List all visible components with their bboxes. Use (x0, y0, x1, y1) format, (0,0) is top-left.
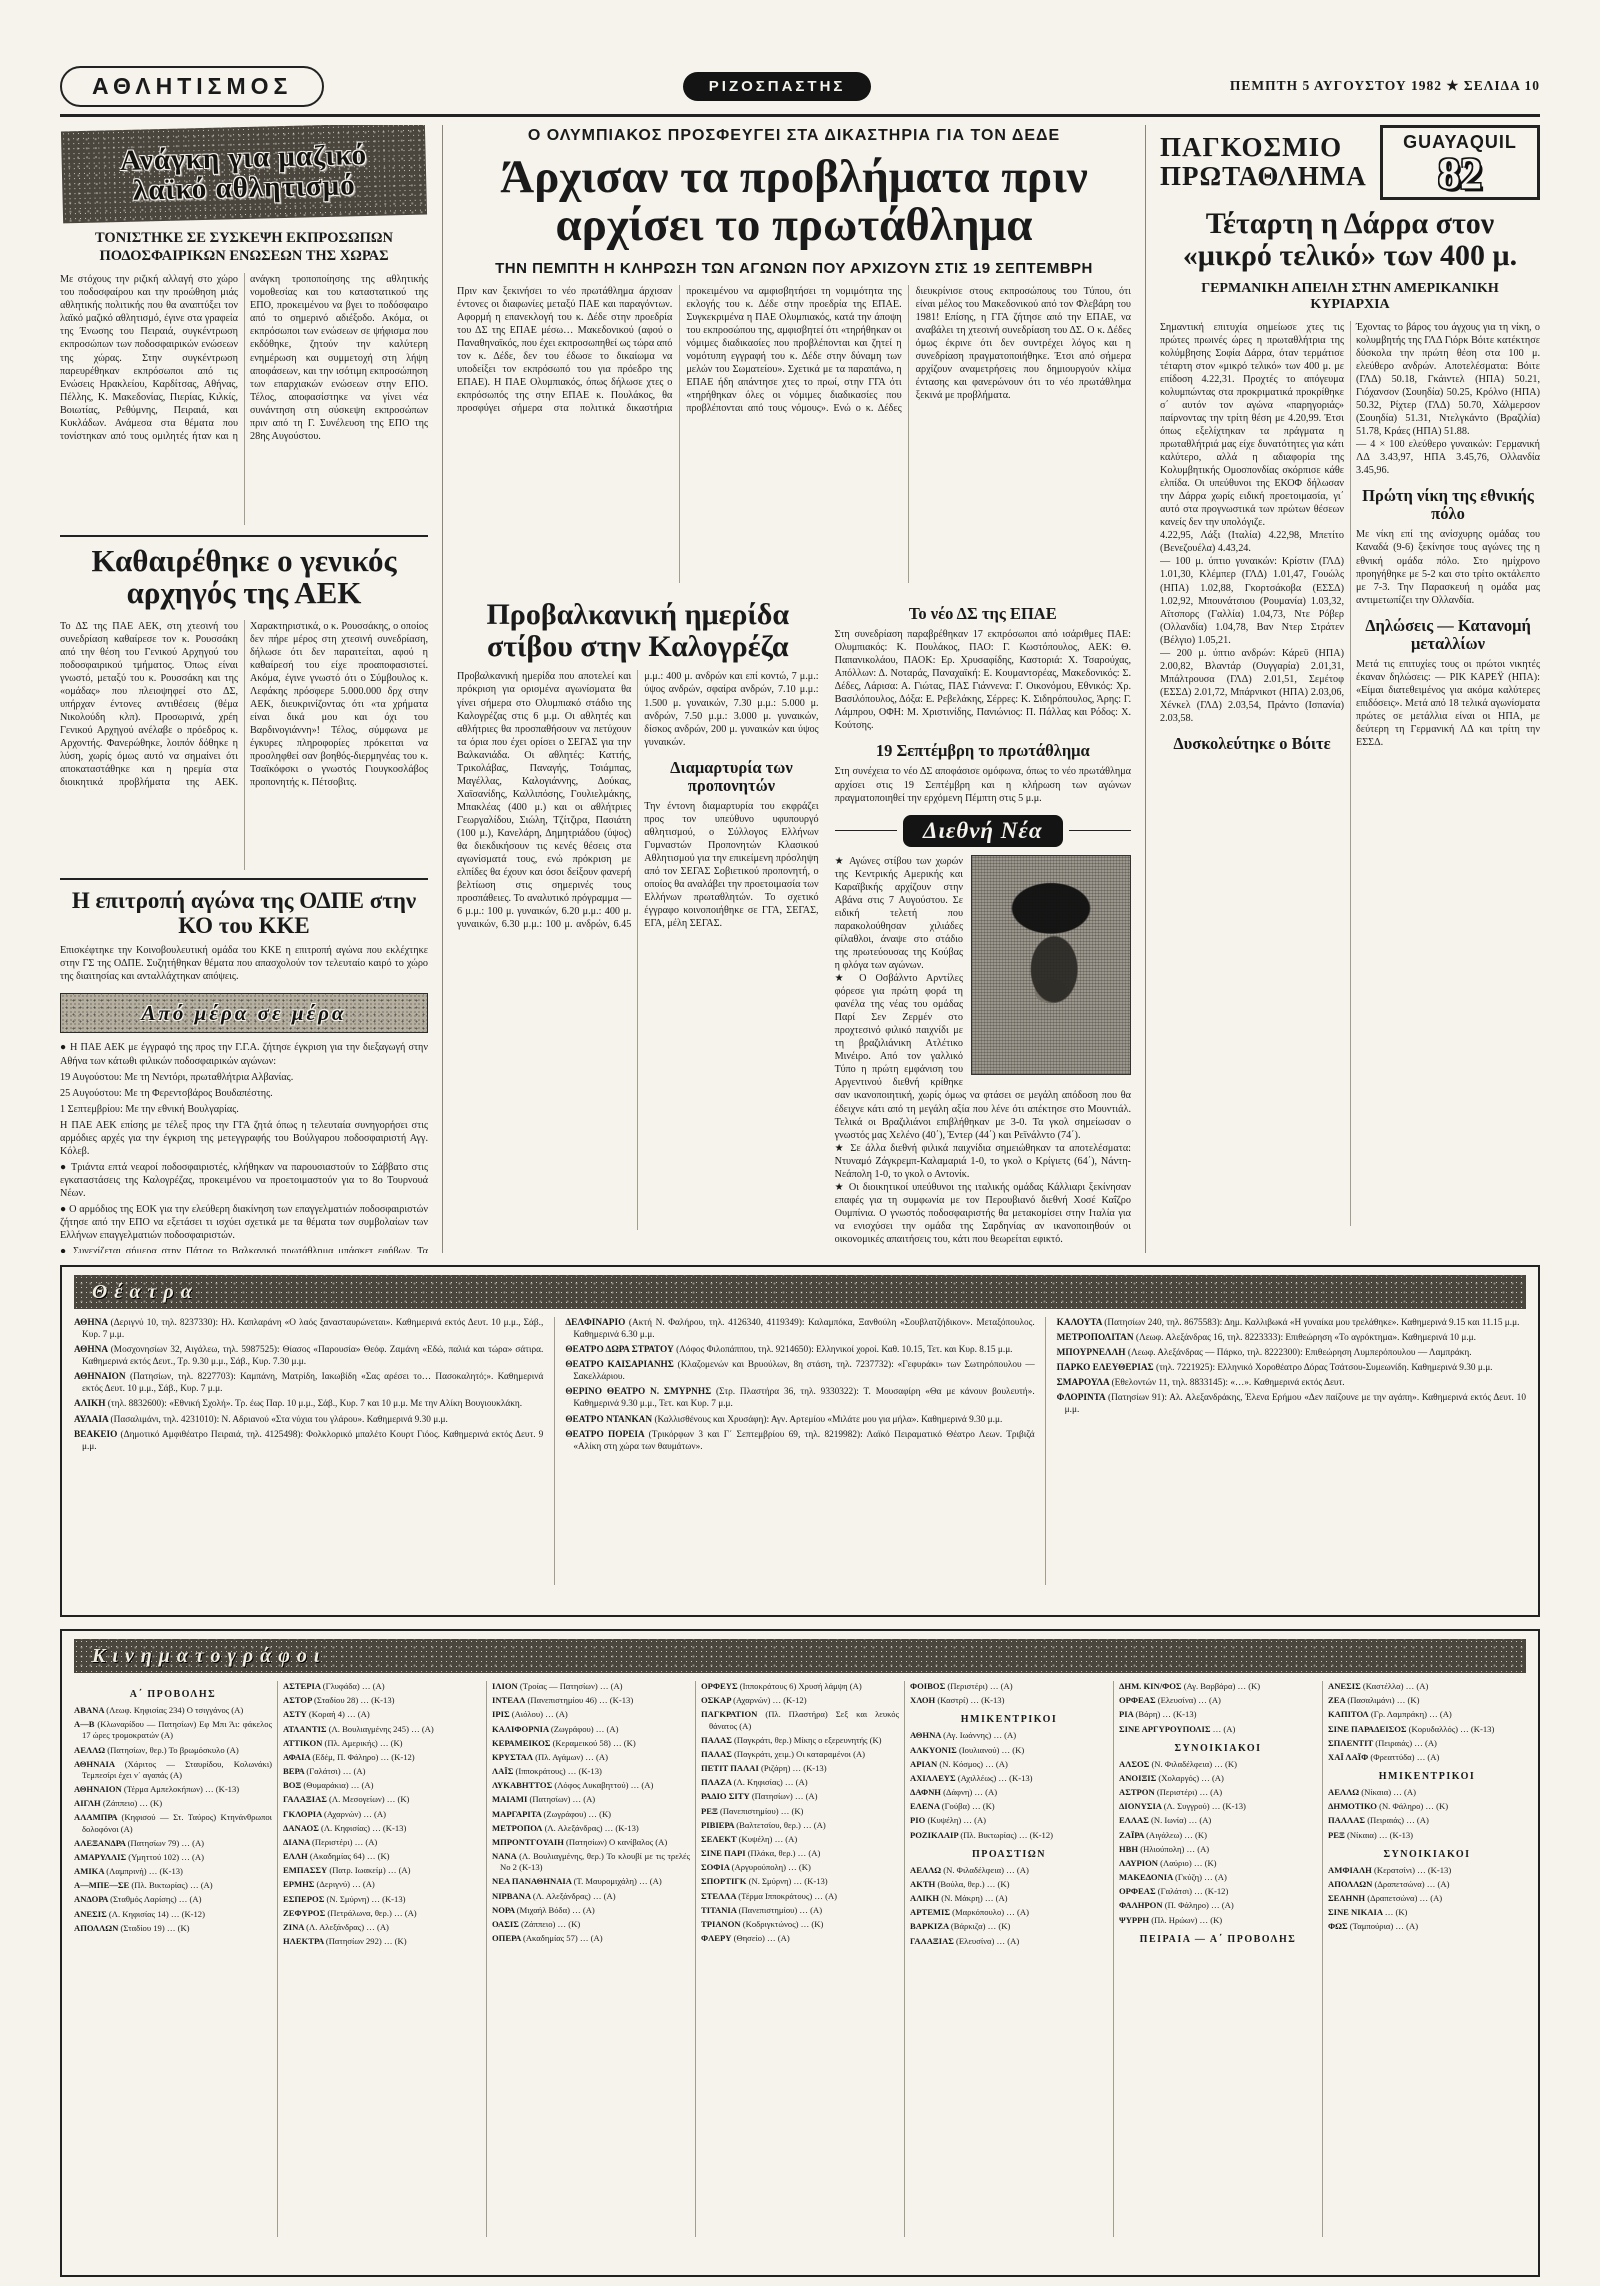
cinema-entry: ΕΜΠΑΣΣΥ (Πατρ. Ιωακείμ) … (Α) (283, 1865, 481, 1876)
news-brief: 1 Σεπτεμβρίου: Με την εθνική Βουλγαρίας. (60, 1103, 428, 1116)
listing-subhead: ΠΕΙΡΑΙΑ — Α΄ ΠΡΟΒΟΛΗΣ (1119, 1933, 1317, 1946)
cinema-entry: ΒΑΡΚΙΖΑ (Βάρκιζα) … (Κ) (910, 1921, 1108, 1932)
cinema-entry: ΣΠΛΕΝΤΙΤ (Πειραιάς) … (Α) (1328, 1738, 1526, 1749)
left-column: Ανάγκη για μαζικό λαϊκό αθλητισμό ΤΟΝΙΣΤ… (60, 125, 428, 1253)
cinema-entry: ΜΑΡΓΑΡΙΤΑ (Ζωγράφου) … (Κ) (492, 1809, 690, 1820)
header-rule (60, 114, 1540, 117)
epae-board-body: Στη συνεδρίαση παραβρέθηκαν 17 εκπρόσωπο… (835, 628, 1131, 732)
cinema-entry: ΣΤΕΛΛΑ (Τέρμα Ιπποκράτους) … (Α) (701, 1891, 899, 1902)
divider (60, 535, 428, 537)
cinema-entry: ΣΙΝΕ ΠΑΡΙ (Πλάκα, θερ.) … (Α) (701, 1848, 899, 1859)
cinema-entry: ΔΗΜ. ΚΙΝ/ΦΟΣ (Αγ. Βαρβάρα) … (Κ) (1119, 1681, 1317, 1692)
theater-entry: ΘΕΑΤΡΟ ΠΟΡΕΙΑ (Τρικόρφων 3 και Γ΄ Σεπτεμ… (565, 1429, 1034, 1453)
swimming-results: 4.22,95, Λάξι (Ιταλία) 4.22,98, Μπετίτο … (1160, 529, 1344, 725)
odpe-body: Επισκέφτηκε την Κοινοβουλευτική ομάδα το… (60, 944, 428, 983)
banner-line-2: λαϊκό αθλητισμό (133, 170, 356, 206)
cinema-entry: ΟΡΦΕΑΣ (Γαλάτσι) … (Κ-12) (1119, 1886, 1317, 1897)
main-headline: Άρχισαν τα προβλήματα πριν αρχίσει το πρ… (457, 153, 1131, 250)
cinema-entry: ΜΑΚΕΔΟΝΙΑ (Γκύζη) … (Α) (1119, 1872, 1317, 1883)
cinema-entry: ΝΟΡΑ (Μιχαήλ Βόδα) … (Α) (492, 1905, 690, 1916)
main-subhead: ΤΗΝ ΠΕΜΠΤΗ Η ΚΛΗΡΩΣΗ ΤΩΝ ΑΓΩΝΩΝ ΠΟΥ ΑΡΧΙ… (457, 260, 1131, 277)
cinema-entry: ΓΑΛΑΞΙΑΣ (Λ. Μεσογείων) … (Κ) (283, 1794, 481, 1805)
top-content: Ανάγκη για μαζικό λαϊκό αθλητισμό ΤΟΝΙΣΤ… (60, 125, 1540, 1253)
news-brief: Η ΠΑΕ ΑΕΚ επίσης με τέλεξ προς την ΓΓΑ ζ… (60, 1119, 428, 1158)
cinema-entry: ΑΣΤΥ (Κοραή 4) … (Α) (283, 1709, 481, 1720)
cinema-entry: ΑΠΟΛΛΩΝ (Σταδίου 19) … (Κ) (74, 1923, 272, 1934)
cinema-entry: ΚΑΠΙΤΟΛ (Γρ. Λαμπράκη) … (Α) (1328, 1709, 1526, 1720)
center-column: Ο ΟΛΥΜΠΙΑΚΟΣ ΠΡΟΣΦΕΥΓΕΙ ΣΤΑ ΔΙΚΑΣΤΗΡΙΑ Γ… (442, 125, 1146, 1253)
news-brief: ● Ο αρμόδιος της ΕΟΚ για την ελεύθερη δι… (60, 1203, 428, 1242)
cinema-entry: ΜΠΡΟΝΤΓΟΥΑΙΗ (Πατησίων) Ο κανίβαλος (Α) (492, 1837, 690, 1848)
cinema-entry: ΟΑΣΙΣ (Ζάππειο) … (Κ) (492, 1919, 690, 1930)
cinema-entry: ΦΑΛΗΡΟΝ (Π. Φάληρο) … (Α) (1119, 1900, 1317, 1911)
masthead-badge: ΡΙΖΟΣΠΑΣΤΗΣ (683, 72, 872, 101)
cinema-entry: ΗΒΗ (Ηλιούπολη) … (Α) (1119, 1844, 1317, 1855)
cinema-entry: ΙΝΤΕΑΛ (Πανεπιστημίου 46) … (Κ-13) (492, 1695, 690, 1706)
protest-subhead: Διαμαρτυρία των προπονητών (644, 759, 818, 795)
cinema-entry: ΑΝΕΣΙΣ (Καστέλλα) … (Α) (1328, 1681, 1526, 1692)
cinema-entry: ΕΡΜΗΣ (Δεριγνύ) … (Α) (283, 1879, 481, 1890)
cinema-entry: ΕΛΕΝΑ (Γούβα) … (Κ) (910, 1801, 1108, 1812)
cinema-entry: ΑΒΑΝΑ (Λεωφ. Κηφισίας 234) Ο τσιγγάνος (… (74, 1705, 272, 1716)
newspaper-page: ΑΘΛΗΤΙΣΜΟΣ ΡΙΖΟΣΠΑΣΤΗΣ ΠΕΜΠΤΗ 5 ΑΥΓΟΥΣΤΟ… (0, 0, 1600, 2286)
cinema-entry: ΕΛΛΗ (Ακαδημίας 64) … (Κ) (283, 1851, 481, 1862)
listing-subhead: ΗΜΙΚΕΝΤΡΙΚΟΙ (910, 1713, 1108, 1726)
listing-subhead: Α΄ ΠΡΟΒΟΛΗΣ (74, 1688, 272, 1701)
polo-subhead: Πρώτη νίκη της εθνικής πόλο (1356, 487, 1540, 523)
cinema-entry: ΛΥΚΑΒΗΤΤΟΣ (Λόφος Λυκαβηττού) … (Α) (492, 1780, 690, 1791)
cinema-entry: ΣΠΟΡΤΙΓΚ (Ν. Σμύρνη) … (Κ-13) (701, 1876, 899, 1887)
sept19-body: Στη συνέχεια το νέο ΔΣ αποφάσισε ομόφωνα… (835, 765, 1131, 804)
cinema-entry: ΔΗΜΟΤΙΚΟ (Ν. Φάληρο) … (Κ) (1328, 1801, 1526, 1812)
cinema-entry: ΚΕΡΑΜΕΙΚΟΣ (Κεραμεικού 58) … (Κ) (492, 1738, 690, 1749)
epae-board-subhead: Το νέο ΔΣ της ΕΠΑΕ (835, 605, 1131, 623)
cinema-entry: ΡΕΞ (Νίκαια) … (Κ-13) (1328, 1830, 1526, 1841)
cinema-entry: ΡΙΑ (Βάρη) … (Κ-13) (1119, 1709, 1317, 1720)
theater-entry: ΠΑΡΚΟ ΕΛΕΥΘΕΡΙΑΣ (τηλ. 7221925): Ελληνικ… (1057, 1362, 1526, 1374)
cinema-entry: ΑΕΛΛΩ (Νίκαια) … (Α) (1328, 1787, 1526, 1798)
theater-entry: ΑΘΗΝΑΙΟΝ (Πατησίων, τηλ. 8227703): Καμπά… (74, 1371, 543, 1395)
cinema-entry: ΙΛΙΟΝ (Τροίας — Πατησίων) … (Α) (492, 1681, 690, 1692)
cinema-entry: ΜΑΙΑΜΙ (Πατησίων) … (Α) (492, 1794, 690, 1805)
cinema-entry: ΑΛΚΥΟΝΙΣ (Ιουλιανού) … (Κ) (910, 1745, 1108, 1756)
cinema-entry: ΠΑΛΑΣ (Παγκράτι, χειμ.) Οι καταραμένοι (… (701, 1749, 899, 1760)
cinema-entry: ΕΣΠΕΡΟΣ (Ν. Σμύρνη) … (Κ-13) (283, 1894, 481, 1905)
cinema-entry: ΧΑΪ ΛΑΪΦ (Φρεαττύδα) … (Α) (1328, 1752, 1526, 1763)
theater-entry: ΒΕΑΚΕΙΟ (Δημοτικό Αμφιθέατρο Πειραιά, τη… (74, 1429, 543, 1453)
cinema-entry: ΟΣΚΑΡ (Αχαρνών) … (Κ-12) (701, 1695, 899, 1706)
day-to-day-banner: Από μέρα σε μέρα (60, 993, 428, 1033)
cinema-entry: ΡΙΒΙΕΡΑ (Βαλτετσίου, θερ.) … (Α) (701, 1820, 899, 1831)
cinema-entry: ΑΜΙΚΑ (Λαμπρινή) … (Κ-13) (74, 1866, 272, 1877)
cinema-entry: ΡΙΟ (Κυψέλη) … (Α) (910, 1815, 1108, 1826)
theater-entry: ΘΕΑΤΡΟ ΝΤΑΝΚΑΝ (Καλλισθένους και Χρυσάφη… (565, 1414, 1034, 1426)
sept19-subhead: 19 Σεπτέμβρη το πρωτάθλημα (835, 742, 1131, 760)
cinema-entry: ΑΝΟΙΞΙΣ (Χολαργός) … (Α) (1119, 1773, 1317, 1784)
world-championship-label: ΠΑΓΚΟΣΜΙΟ ΠΡΩΤΑΘΛΗΜΑ (1160, 133, 1370, 191)
theater-entry: ΣΜΑΡΟΥΛΑ (Εθελοντών 11, τηλ. 8833145): «… (1057, 1377, 1526, 1389)
provalkaniki-article: Προβαλκανική ημερίδα στίβου στην Καλογρέ… (457, 595, 819, 1248)
cinema-entry: ΟΠΕΡΑ (Ακαδημίας 57) … (Α) (492, 1933, 690, 1944)
listing-subhead: ΗΜΙΚΕΝΤΡΙΚΟΙ (1328, 1770, 1526, 1783)
international-news-item: ★ Σε άλλα διεθνή φιλικά παιχνίδια σημειώ… (835, 1142, 1131, 1181)
cinema-entry: ΓΚΛΟΡΙΑ (Αχαρνών) … (Α) (283, 1809, 481, 1820)
cinema-entry: ΝΑΝΑ (Λ. Βουλιαγμένης, θερ.) Το κλουβί μ… (492, 1851, 690, 1873)
listing-subhead: ΣΥΝΟΙΚΙΑΚΟΙ (1119, 1742, 1317, 1755)
cinema-entry: ΟΡΦΕΑΣ (Ελευσίνα) … (Α) (1119, 1695, 1317, 1706)
cinema-entry: ΠΛΑΖΑ (Λ. Κηφισίας) … (Α) (701, 1777, 899, 1788)
cinema-entry: ΔΑΝΑΟΣ (Λ. Κηφισίας) … (Κ-13) (283, 1823, 481, 1834)
theater-entry: ΚΑΛΟΥΤΑ (Πατησίων 240, τηλ. 8675583): Δη… (1057, 1317, 1526, 1329)
world-flow: Σημαντική επιτυχία σημείωσε χτες τις πρώ… (1160, 321, 1540, 1226)
cinema-entry: ΣΙΝΕ ΝΙΚΑΙΑ … (Κ) (1328, 1907, 1526, 1918)
cinema-entry: ΜΕΤΡΟΠΟΛ (Λ. Αλεξάνδρας) … (Κ-13) (492, 1823, 690, 1834)
odpe-box: Η επιτροπή αγώνα της ΟΔΠΕ στην ΚΟ του ΚΚ… (60, 878, 428, 984)
cinema-entry: ΕΛΛΑΣ (Ν. Ιωνία) … (Α) (1119, 1815, 1317, 1826)
cinema-entry: ΡΕΞ (Πανεπιστημίου) … (Κ) (701, 1806, 899, 1817)
aek-headline: Καθαιρέθηκε ο γενικός αρχηγός της ΑΕΚ (60, 545, 428, 609)
cinema-entry: ΑΠΟΛΛΩΝ (Δραπετσώνα) … (Α) (1328, 1879, 1526, 1890)
darra-headline: Τέταρτη η Δάρρα στον «μικρό τελικό» των … (1160, 208, 1540, 273)
theater-entry: ΔΕΛΦΙΝΑΡΙΟ (Ακτή Ν. Φαλήρου, τηλ. 412634… (565, 1317, 1034, 1341)
cinema-entry: ΑΕΛΛΩ (Πατησίων, θερ.) Το βρωμόσκυλο (Α) (74, 1745, 272, 1756)
cinema-entry: Α—ΜΠΕ—ΣΕ (Πλ. Βικτωρίας) … (Α) (74, 1880, 272, 1891)
cinema-entry: ΡΑΔΙΟ ΣΙΤΥ (Πατησίων) … (Α) (701, 1791, 899, 1802)
cinema-entry: ΑΡΙΑΝ (Ν. Κόσμος) … (Α) (910, 1759, 1108, 1770)
cinema-entry: ΦΛΕΡΥ (Θησείο) … (Α) (701, 1933, 899, 1944)
cinema-entry: Α—Β (Κλωναρίδου — Πατησίων) Εφ Μπι Άι: φ… (74, 1719, 272, 1741)
cinema-entry: ΨΥΡΡΗ (Πλ. Ηρώων) … (Κ) (1119, 1915, 1317, 1926)
left-article-body: Με στόχους την ριζική αλλαγή στο χώρο το… (60, 273, 428, 525)
theater-entry: ΘΕΡΙΝΟ ΘΕΑΤΡΟ Ν. ΣΜΥΡΝΗΣ (Στρ. Πλαστήρα … (565, 1386, 1034, 1410)
cinema-entry: ΣΙΝΕ ΠΑΡΑΔΕΙΣΟΣ (Κορυδαλλός) … (Κ-13) (1328, 1724, 1526, 1735)
athlete-photo (971, 855, 1131, 1075)
cinema-entry: ΔΑΦΝΗ (Δάφνη) … (Α) (910, 1787, 1108, 1798)
epae-and-world-news: Το νέο ΔΣ της ΕΠΑΕ Στη συνεδρίαση παραβρ… (835, 595, 1131, 1248)
cinema-entry: ΠΕΤΙΤ ΠΑΛΑΙ (Ριζάρη) … (Κ-13) (701, 1763, 899, 1774)
cinema-entry: ΤΙΤΑΝΙΑ (Πανεπιστημίου) … (Α) (701, 1905, 899, 1916)
cinema-entry: ΑΜΦΙΑΛΗ (Κερατσίνι) … (Κ-13) (1328, 1865, 1526, 1876)
cinema-entry: ΖΙΝΑ (Λ. Αλεξάνδρας) … (Α) (283, 1922, 481, 1933)
cinema-entry: ΤΡΙΑΝΟΝ (Κοδριγκτώνος) … (Κ) (701, 1919, 899, 1930)
theater-entry: ΘΕΑΤΡΟ ΚΑΙΣΑΡΙΑΝΗΣ (Κλαζομενών και Βρυού… (565, 1359, 1034, 1383)
cinema-entry: ΠΑΓΚΡΑΤΙΟΝ (Πλ. Πλαστήρα) Σεξ και λευκός… (701, 1709, 899, 1731)
cinema-entry: ΖΑΪΡΑ (Αιγάλεω) … (Κ) (1119, 1830, 1317, 1841)
cinema-entry: ΑΦΑΙΑ (Εδέμ, Π. Φάληρο) … (Κ-12) (283, 1752, 481, 1763)
right-column: ΠΑΓΚΟΣΜΙΟ ΠΡΩΤΑΘΛΗΜΑ GUAYAQUIL 82 Τέταρτ… (1160, 125, 1540, 1253)
cinema-entry: ΟΡΦΕΥΣ (Ιπποκράτους 6) Χρυσή λάμψη (Α) (701, 1681, 899, 1692)
cinema-entry: ΑΧΙΛΛΕΥΣ (Αχιλλέως) … (Κ-13) (910, 1773, 1108, 1784)
cinema-entry: ΝΕΑ ΠΑΝΑΘΗΝΑΙΑ (Τ. Μαυρομιχάλη) … (Α) (492, 1876, 690, 1887)
guayaquil-logo: GUAYAQUIL 82 (1380, 125, 1540, 200)
voite-body: Έχοντας το βάρος του άγχους για τη νίκη,… (1356, 321, 1540, 478)
cinema-entry: ΦΟΙΒΟΣ (Περιστέρι) … (Α) (910, 1681, 1108, 1692)
theater-entry: ΑΘΗΝΑ (Δεριγνύ 10, τηλ. 8237330): Ηλ. Κα… (74, 1317, 543, 1341)
cinema-entry: ΚΑΛΙΦΟΡΝΙΑ (Ζωγράφου) … (Α) (492, 1724, 690, 1735)
news-brief: ● Συνεχίζεται σήμερα στην Πάτρα το Βαλκα… (60, 1245, 428, 1253)
cinema-entry: ΑΣΤΟΡ (Σταδίου 28) … (Κ-13) (283, 1695, 481, 1706)
international-news-content: ★ Αγώνες στίβου των χωρών της Κεντρικής … (835, 855, 1131, 1246)
aek-article-body: Το ΔΣ της ΠΑΕ ΑΕΚ, στη χτεσινή του συνεδ… (60, 620, 428, 870)
cinema-entry: ΑΣΤΡΟΝ (Περιστέρι) … (Α) (1119, 1787, 1317, 1798)
theater-entry: ΑΥΛΑΙΑ (Πασαλιμάνι, τηλ. 4231010): Ν. Αδ… (74, 1414, 543, 1426)
cinema-entry: ΣΟΦΙΑ (Αργυρούπολη) … (Κ) (701, 1862, 899, 1873)
dateline: ΠΕΜΠΤΗ 5 ΑΥΓΟΥΣΤΟΥ 1982 ★ ΣΕΛΙΔΑ 10 (1230, 78, 1540, 94)
cinema-entry: ΙΡΙΣ (Αιόλου) … (Α) (492, 1709, 690, 1720)
cinema-entry: ΒΕΡΑ (Γαλάτσι) … (Α) (283, 1766, 481, 1777)
section-label: ΑΘΛΗΤΙΣΜΟΣ (60, 66, 324, 107)
cinema-entry: ΑΘΗΝΑΙΟΝ (Τέρμα Αμπελοκήπων) … (Κ-13) (74, 1784, 272, 1795)
cinema-entry: ΔΙΑΝΑ (Περιστέρι) … (Α) (283, 1837, 481, 1848)
news-brief: 19 Αυγούστου: Με τη Νεντόρι, πρωταθλήτρι… (60, 1071, 428, 1084)
protest-body: Την έντονη διαμαρτυρία του εκφράζει προς… (644, 800, 818, 930)
medals-subhead: Δηλώσεις — Κατανομή μεταλλίων (1356, 617, 1540, 653)
cinema-entry: ΛΑΪΣ (Ιπποκράτους) … (Κ-13) (492, 1766, 690, 1777)
cinema-entry: ΑΝΕΣΙΣ (Λ. Κηφισίας 14) … (Κ-12) (74, 1909, 272, 1920)
news-brief: ● Η ΠΑΕ ΑΕΚ με έγγραφό της προς την Γ.Γ.… (60, 1041, 428, 1067)
cinema-entry: ΠΑΛΛΑΣ (Πειραιάς) … (Α) (1328, 1815, 1526, 1826)
cinema-entry: ΑΛΑΜΠΡΑ (Κηφισού — Στ. Ταύρος) Κτηνάνθρω… (74, 1812, 272, 1834)
cinema-entry: ΑΛΣΟΣ (Ν. Φιλαδέλφεια) … (Κ) (1119, 1759, 1317, 1770)
odpe-headline: Η επιτροπή αγώνα της ΟΔΠΕ στην ΚΟ του ΚΚ… (60, 888, 428, 939)
provalkaniki-flow: Προβαλκανική ημερίδα που αποτελεί και πρ… (457, 670, 819, 1230)
cinema-entry: ΖΕΦΥΡΟΣ (Πετράλωνα, θερ.) … (Α) (283, 1908, 481, 1919)
cinemas-section: Κινηματογράφοι Α΄ ΠΡΟΒΟΛΗΣΑΒΑΝΑ (Λεωφ. Κ… (60, 1629, 1540, 2277)
theater-entry: ΜΠΟΥΡΝΕΛΛΗ (Λεωφ. Αλεξάνδρας — Πάρκο, τη… (1057, 1347, 1526, 1359)
cinema-listings: Α΄ ΠΡΟΒΟΛΗΣΑΒΑΝΑ (Λεωφ. Κηφισίας 234) Ο … (74, 1681, 1526, 2237)
cinema-entry: ΑΕΛΛΩ (Ν. Φιλαδέλφεια) … (Α) (910, 1865, 1108, 1876)
cinemas-banner: Κινηματογράφοι (74, 1639, 1526, 1673)
cinema-entry: ΣΙΝΕ ΑΡΓΥΡΟΥΠΟΛΙΣ … (Α) (1119, 1724, 1317, 1735)
polo-body: Με νίκη επί της ανίσχυρης ομάδας του Καν… (1356, 528, 1540, 606)
cinema-entry: ΣΕΛΕΚΤ (Κυψέλη) … (Α) (701, 1834, 899, 1845)
theaters-section: Θέατρα ΑΘΗΝΑ (Δεριγνύ 10, τηλ. 8237330):… (60, 1265, 1540, 1617)
theater-entry: ΦΛΟΡΙΝΤΑ (Πατησίων 91): Αλ. Αλεξανδράκης… (1057, 1392, 1526, 1416)
world-championship-header: ΠΑΓΚΟΣΜΙΟ ΠΡΩΤΑΘΛΗΜΑ GUAYAQUIL 82 (1160, 125, 1540, 200)
cinema-entry: ΔΙΟΝΥΣΙΑ (Λ. Συγγρού) … (Κ-13) (1119, 1801, 1317, 1812)
cinema-entry: ΒΟΞ (Θυμαράκια) … (Α) (283, 1780, 481, 1791)
cinema-entry: ΑΤΤΙΚΟΝ (Πλ. Αμερικής) … (Κ) (283, 1738, 481, 1749)
main-kicker: Ο ΟΛΥΜΠΙΑΚΟΣ ΠΡΟΣΦΕΥΓΕΙ ΣΤΑ ΔΙΚΑΣΤΗΡΙΑ Γ… (457, 127, 1131, 145)
cinema-entry: ΑΝΔΟΡΑ (Σταθμός Λαρίσης) … (Α) (74, 1894, 272, 1905)
theater-entry: ΜΕΤΡΟΠΟΛΙΤΑΝ (Λεωφ. Αλεξάνδρας 16, τηλ. … (1057, 1332, 1526, 1344)
cinema-entry: ΑΛΙΚΗ (Ν. Μάκρη) … (Α) (910, 1893, 1108, 1904)
listing-subhead: ΠΡΟΑΣΤΙΩΝ (910, 1848, 1108, 1861)
international-news-badge: Διεθνή Νέα (903, 815, 1063, 847)
day-to-day-items: ● Η ΠΑΕ ΑΕΚ με έγγραφό της προς την Γ.Γ.… (60, 1041, 428, 1253)
cinema-entry: ΑΘΗΝΑ (Αγ. Ιωάννης) … (Α) (910, 1730, 1108, 1741)
cinema-entry: ΑΡΤΕΜΙΣ (Μαρκόπουλο) … (Α) (910, 1907, 1108, 1918)
cinema-entry: ΖΕΑ (Πασαλιμάνι) … (Κ) (1328, 1695, 1526, 1706)
cinema-entry: ΑΘΗΝΑΙΑ (Χάριτος — Σταυρίδου, Κολωνάκι) … (74, 1759, 272, 1781)
cinema-entry: ΧΛΟΗ (Καστρί) … (Κ-13) (910, 1695, 1108, 1706)
darra-subhead: ΓΕΡΜΑΝΙΚΗ ΑΠΕΙΛΗ ΣΤΗΝ ΑΜΕΡΙΚΑΝΙΚΗ ΚΥΡΙΑΡ… (1160, 281, 1540, 313)
medals-body: Μετά τις επιτυχίες τους οι πρώτοι νικητέ… (1356, 658, 1540, 749)
darra-body: Σημαντική επιτυχία σημείωσε χτες τις πρώ… (1160, 321, 1344, 530)
cinema-entry: ΑΛΕΞΑΝΔΡΑ (Πατησίων 79) … (Α) (74, 1838, 272, 1849)
center-lower: Προβαλκανική ημερίδα στίβου στην Καλογρέ… (457, 595, 1131, 1248)
cinema-entry: ΑΣΤΕΡΙΑ (Γλυφάδα) … (Α) (283, 1681, 481, 1692)
news-brief: 25 Αυγούστου: Με τη Φερεντσβάρος Βουδαπέ… (60, 1087, 428, 1100)
cinema-entry: ΑΜΑΡΥΛΛΙΣ (Υμηττού 102) … (Α) (74, 1852, 272, 1863)
cinema-entry: ΑΤΛΑΝΤΙΣ (Λ. Βουλιαγμένης 245) … (Α) (283, 1724, 481, 1735)
cinema-entry: ΡΟΖΙΚΛΑΙΡ (Πλ. Βικτωρίας) … (Κ-12) (910, 1830, 1108, 1841)
cinema-entry: ΛΑΥΡΙΟΝ (Λαύριο) … (Κ) (1119, 1858, 1317, 1869)
cinema-entry: ΓΑΛΑΞΙΑΣ (Ελευσίνα) … (Α) (910, 1936, 1108, 1947)
cinema-entry: ΑΙΓΛΗ (Ζάππειο) … (Κ) (74, 1798, 272, 1809)
cinema-entry: ΦΩΣ (Ταμπούρια) … (Α) (1328, 1921, 1526, 1932)
theater-entry: ΑΛΙΚΗ (τηλ. 8832600): «Εθνική Σχολή». Τρ… (74, 1398, 543, 1410)
main-article-body: Πριν καν ξεκινήσει το νέο πρωτάθλημα άρχ… (457, 285, 1131, 583)
left-article-kicker: ΤΟΝΙΣΤΗΚΕ ΣΕ ΣΥΣΚΕΨΗ ΕΚΠΡΟΣΩΠΩΝ ΠΟΔΟΣΦΑΙ… (60, 229, 428, 265)
cinema-entry: ΣΕΛΗΝΗ (Δραπετσώνα) … (Α) (1328, 1893, 1526, 1904)
listing-subhead: ΣΥΝΟΙΚΙΑΚΟΙ (1328, 1848, 1526, 1861)
cinema-entry: ΝΙΡΒΑΝΑ (Λ. Αλεξάνδρας) … (Α) (492, 1891, 690, 1902)
theaters-banner: Θέατρα (74, 1275, 1526, 1309)
theater-entry: ΑΘΗΝΑ (Μοσχονησίων 32, Αιγάλεω, τηλ. 598… (74, 1344, 543, 1368)
cinema-entry: ΑΚΤΗ (Βούλα, θερ.) … (Κ) (910, 1879, 1108, 1890)
voite-subhead: Δυσκολεύτηκε ο Βόιτε (1160, 735, 1344, 753)
international-news-banner: Διεθνή Νέα (835, 815, 1131, 847)
cinema-entry: ΚΡΥΣΤΑΛ (Πλ. Αγάμων) … (Α) (492, 1752, 690, 1763)
guayaquil-year-82: 82 (1389, 153, 1531, 195)
news-brief: ● Τριάντα επτά νεαροί ποδοσφαιριστές, κλ… (60, 1161, 428, 1200)
page-header: ΑΘΛΗΤΙΣΜΟΣ ΡΙΖΟΣΠΑΣΤΗΣ ΠΕΜΠΤΗ 5 ΑΥΓΟΥΣΤΟ… (60, 62, 1540, 110)
provalkaniki-headline: Προβαλκανική ημερίδα στίβου στην Καλογρέ… (457, 599, 819, 663)
cinema-entry: ΠΑΛΑΣ (Παγκράτι, θερ.) Μίκης ο εξερευνητ… (701, 1735, 899, 1746)
international-news-item: ★ Οι διοικητικοί υπεύθυνοι της ιταλικής … (835, 1181, 1131, 1246)
theater-listings: ΑΘΗΝΑ (Δεριγνύ 10, τηλ. 8237330): Ηλ. Κα… (74, 1317, 1526, 1585)
mass-sport-banner: Ανάγκη για μαζικό λαϊκό αθλητισμό (61, 125, 427, 223)
theater-entry: ΘΕΑΤΡΟ ΔΩΡΑ ΣΤΡΑΤΟΥ (Λόφος Φιλοπάππου, τ… (565, 1344, 1034, 1356)
cinema-entry: ΗΛΕΚΤΡΑ (Πατησίων 292) … (Κ) (283, 1936, 481, 1947)
